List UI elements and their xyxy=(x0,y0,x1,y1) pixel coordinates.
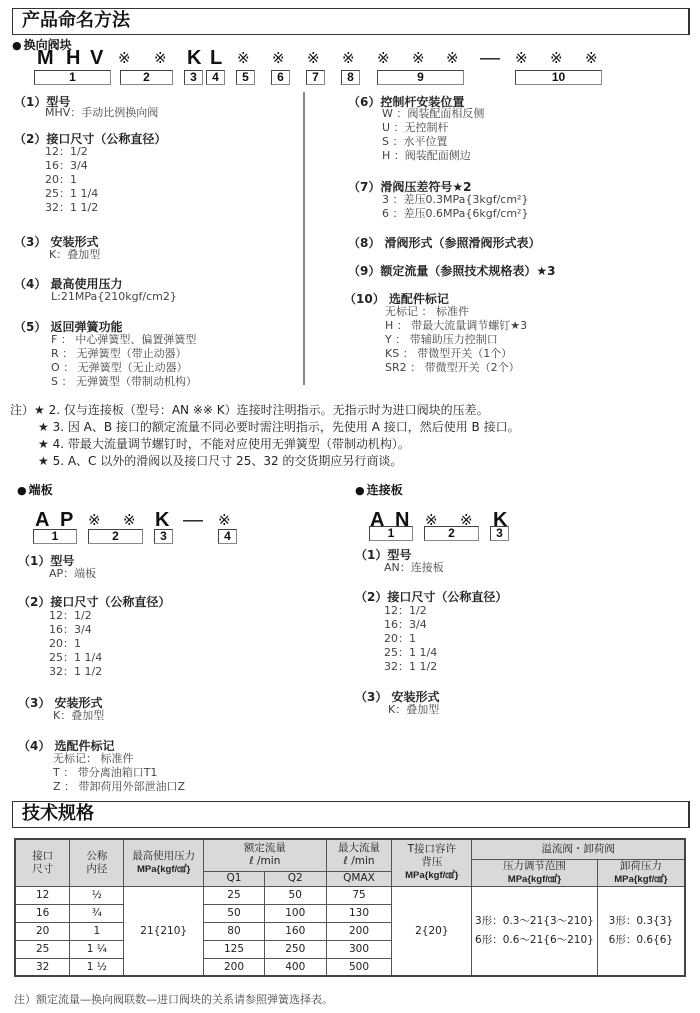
item-line: U ：无控制杆 xyxy=(382,121,449,135)
code-box-4: 4 xyxy=(206,70,225,85)
end-plate-box-3: 3 xyxy=(154,529,173,544)
valve-block-code: M H V ※ ※ K L ※ ※ ※ ※ ※ ※ ※ — ※ ※ ※ xyxy=(0,47,700,69)
header-nominal-diameter: 公称内径 xyxy=(70,839,124,886)
item-line: R ： 无弹簧型（带止动器） xyxy=(51,347,187,361)
item-line: K：叠加型 xyxy=(388,703,439,717)
end-plate-box-1: 1 xyxy=(33,529,77,544)
item-line: 25：1 1/4 xyxy=(45,187,98,201)
item-line: L:21MPa{210kgf/cm2} xyxy=(51,290,177,304)
item-line: 25：1 1/4 xyxy=(49,651,102,665)
header-qmax: QMAX xyxy=(326,871,392,886)
header-relief-valve: 溢流阀・卸荷阀 xyxy=(472,839,685,859)
header-max-flow: 最大流量 ℓ /min xyxy=(326,839,392,871)
item-line: H ： 带最大流量调节螺钉★3 xyxy=(385,319,527,333)
item-line: O ： 无弹簧型（无止动器） xyxy=(51,361,188,375)
header-port-size: 接口尺寸 xyxy=(15,839,70,886)
end-plate-heading-port-size: （2）接口尺寸（公称直径） xyxy=(18,593,170,610)
header-max-pressure: 最高使用压力 MPa{kgf/㎠} xyxy=(124,839,204,886)
item-line: Z ： 带卸荷用外部泄油口Z xyxy=(53,780,185,794)
item-line: S ：水平位置 xyxy=(382,135,447,149)
code-box-8: 8 xyxy=(341,70,360,85)
connecting-plate-box-3: 3 xyxy=(490,526,509,541)
item-line: S ： 无弹簧型（带制动机构） xyxy=(51,375,197,389)
item-line: AP：端板 xyxy=(49,567,96,581)
note-5: ★ 5. A、C 以外的滑阀以及接口尺寸 25、32 的交货期应另行商谈。 xyxy=(38,454,402,469)
table-row: 12 ½ 21{210} 25 50 75 2{20} 3形：0.3～21{3～… xyxy=(15,886,685,904)
item-line: T ： 带分离油箱口T1 xyxy=(53,766,157,780)
item-line: 20：1 xyxy=(45,173,77,187)
item-line: K：叠加型 xyxy=(53,709,104,723)
item-line: W ：阀装配面相反侧 xyxy=(382,107,484,121)
spec-table: 接口尺寸 公称内径 最高使用压力 MPa{kgf/㎠} 额定流量 ℓ /min … xyxy=(14,838,686,977)
code-box-9: 9 xyxy=(377,70,464,85)
item-line: 20：1 xyxy=(49,637,81,651)
code-box-1: 1 xyxy=(34,70,111,85)
item-line: 无标记 ： 标准件 xyxy=(385,305,469,319)
item-line: K：叠加型 xyxy=(49,248,100,262)
item-line: MHV：手动比例换向阀 xyxy=(45,106,158,120)
item-line: 无标记： 标准件 xyxy=(53,752,134,766)
item-line: 12：1/2 xyxy=(384,604,427,618)
code-box-5: 5 xyxy=(236,70,255,85)
item-line: 12：1/2 xyxy=(45,145,88,159)
item-line: 32：1 1/2 xyxy=(49,665,102,679)
header-q2: Q2 xyxy=(264,871,326,886)
item-line: 25：1 1/4 xyxy=(384,646,437,660)
code-box-6: 6 xyxy=(271,70,290,85)
code-box-7: 7 xyxy=(306,70,325,85)
item-line: F ： 中心弹簧型、偏置弹簧型 xyxy=(51,333,196,347)
item-line: 6 ：差压0.6MPa{6kgf/cm²} xyxy=(382,207,528,221)
end-plate-box-4: 4 xyxy=(218,529,237,544)
header-q1: Q1 xyxy=(204,871,265,886)
adjust-range-values: 3形：0.3～21{3～210} 6形：0.6～21{6～210} xyxy=(472,886,598,976)
table-footnote: 注）额定流量—换向阀联数—进口阀块的关系请参照弹簧选择表。 xyxy=(14,991,333,1007)
max-pressure-value: 21{210} xyxy=(124,886,204,976)
header-t-port: T接口容许背压 MPa{kgf/㎠} xyxy=(392,839,472,886)
unload-pressure-values: 3形：0.3{3} 6形：0.6{6} xyxy=(597,886,685,976)
item-line: 32：1 1/2 xyxy=(384,660,437,674)
connecting-plate-box-2: 2 xyxy=(424,526,479,541)
item-line: 12：1/2 xyxy=(49,609,92,623)
item-heading-port-size: （2）接口尺寸（公称直径） xyxy=(14,130,166,147)
t-port-value: 2{20} xyxy=(392,886,472,976)
section-title-naming: 产品命名方法 xyxy=(12,8,690,35)
end-plate-label: 端板 xyxy=(17,481,53,498)
item-line: H ：阀装配面侧边 xyxy=(382,149,471,163)
connecting-plate-heading-port-size: （2）接口尺寸（公称直径） xyxy=(355,588,507,605)
end-plate-code: A P ※ ※ K — ※ xyxy=(0,509,340,531)
code-box-3: 3 xyxy=(184,70,203,85)
column-divider xyxy=(303,92,305,385)
item-line: SR2 ： 带微型开关（2个） xyxy=(385,361,520,375)
note-4: ★ 4. 带最大流量调节螺钉时，不能对应使用无弹簧型（带制动机构）。 xyxy=(38,437,410,452)
header-unload-pressure: 卸荷压力 MPa{kgf/㎠} xyxy=(597,859,685,886)
item-heading-spool-type: （8） 滑阀形式（参照滑阀形式表） xyxy=(348,234,541,251)
note-3: ★ 3. 因 A、B 接口的额定流量不同必要时需注明指示，先使用 A 接口，然后… xyxy=(38,420,520,435)
header-rated-flow: 额定流量 ℓ /min xyxy=(204,839,327,871)
end-plate-box-2: 2 xyxy=(88,529,143,544)
item-heading-rated-flow: （9）额定流量（参照技术规格表）★3 xyxy=(348,262,555,279)
connecting-plate-label: 连接板 xyxy=(355,481,403,498)
item-line: 32：1 1/2 xyxy=(45,201,98,215)
item-line: 16：3/4 xyxy=(45,159,88,173)
header-adjust-range: 压力调节范围 MPa{kgf/㎠} xyxy=(472,859,598,886)
item-line: 16：3/4 xyxy=(384,618,427,632)
item-line: AN：连接板 xyxy=(384,561,444,575)
code-box-10: 10 xyxy=(515,70,602,85)
note-2: 注）★ 2. 仅与连接板（型号：AN ※※ K）连接时注明指示。无指示时为进口阀… xyxy=(10,403,489,418)
connecting-plate-box-1: 1 xyxy=(369,526,413,541)
item-line: 3 ：差压0.3MPa{3kgf/cm²} xyxy=(382,193,528,207)
item-line: KS ： 带微型开关（1个） xyxy=(385,347,512,361)
code-box-2: 2 xyxy=(120,70,173,85)
item-line: 20：1 xyxy=(384,632,416,646)
item-line: Y ： 带辅助压力控制口 xyxy=(385,333,498,347)
item-line: 16：3/4 xyxy=(49,623,92,637)
section-title-specs: 技术规格 xyxy=(12,801,690,828)
